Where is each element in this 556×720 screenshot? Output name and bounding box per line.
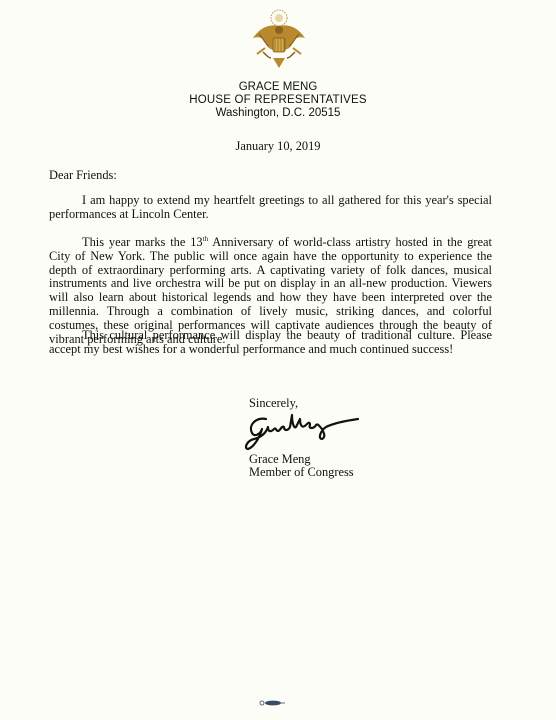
printer-union-bug-icon: [259, 699, 287, 707]
letterhead-name: GRACE MENG: [0, 81, 556, 94]
paragraph-greeting: I am happy to extend my heartfelt greeti…: [49, 194, 492, 222]
great-seal-eagle-icon: [249, 8, 309, 72]
closing: Sincerely,: [249, 396, 298, 411]
letter-date: January 10, 2019: [0, 139, 556, 154]
letterhead-office: HOUSE OF REPRESENTATIVES: [0, 94, 556, 107]
letter-page: GRACE MENG HOUSE OF REPRESENTATIVES Wash…: [0, 0, 556, 720]
paragraph-wishes: This cultural performance will display t…: [49, 329, 492, 357]
signature-icon: [244, 411, 364, 451]
paragraph-anniversary-before: This year marks the 13: [82, 235, 203, 249]
salutation: Dear Friends:: [49, 168, 117, 183]
letterhead-address: Washington, D.C. 20515: [0, 107, 556, 120]
signer-title: Member of Congress: [249, 465, 354, 480]
